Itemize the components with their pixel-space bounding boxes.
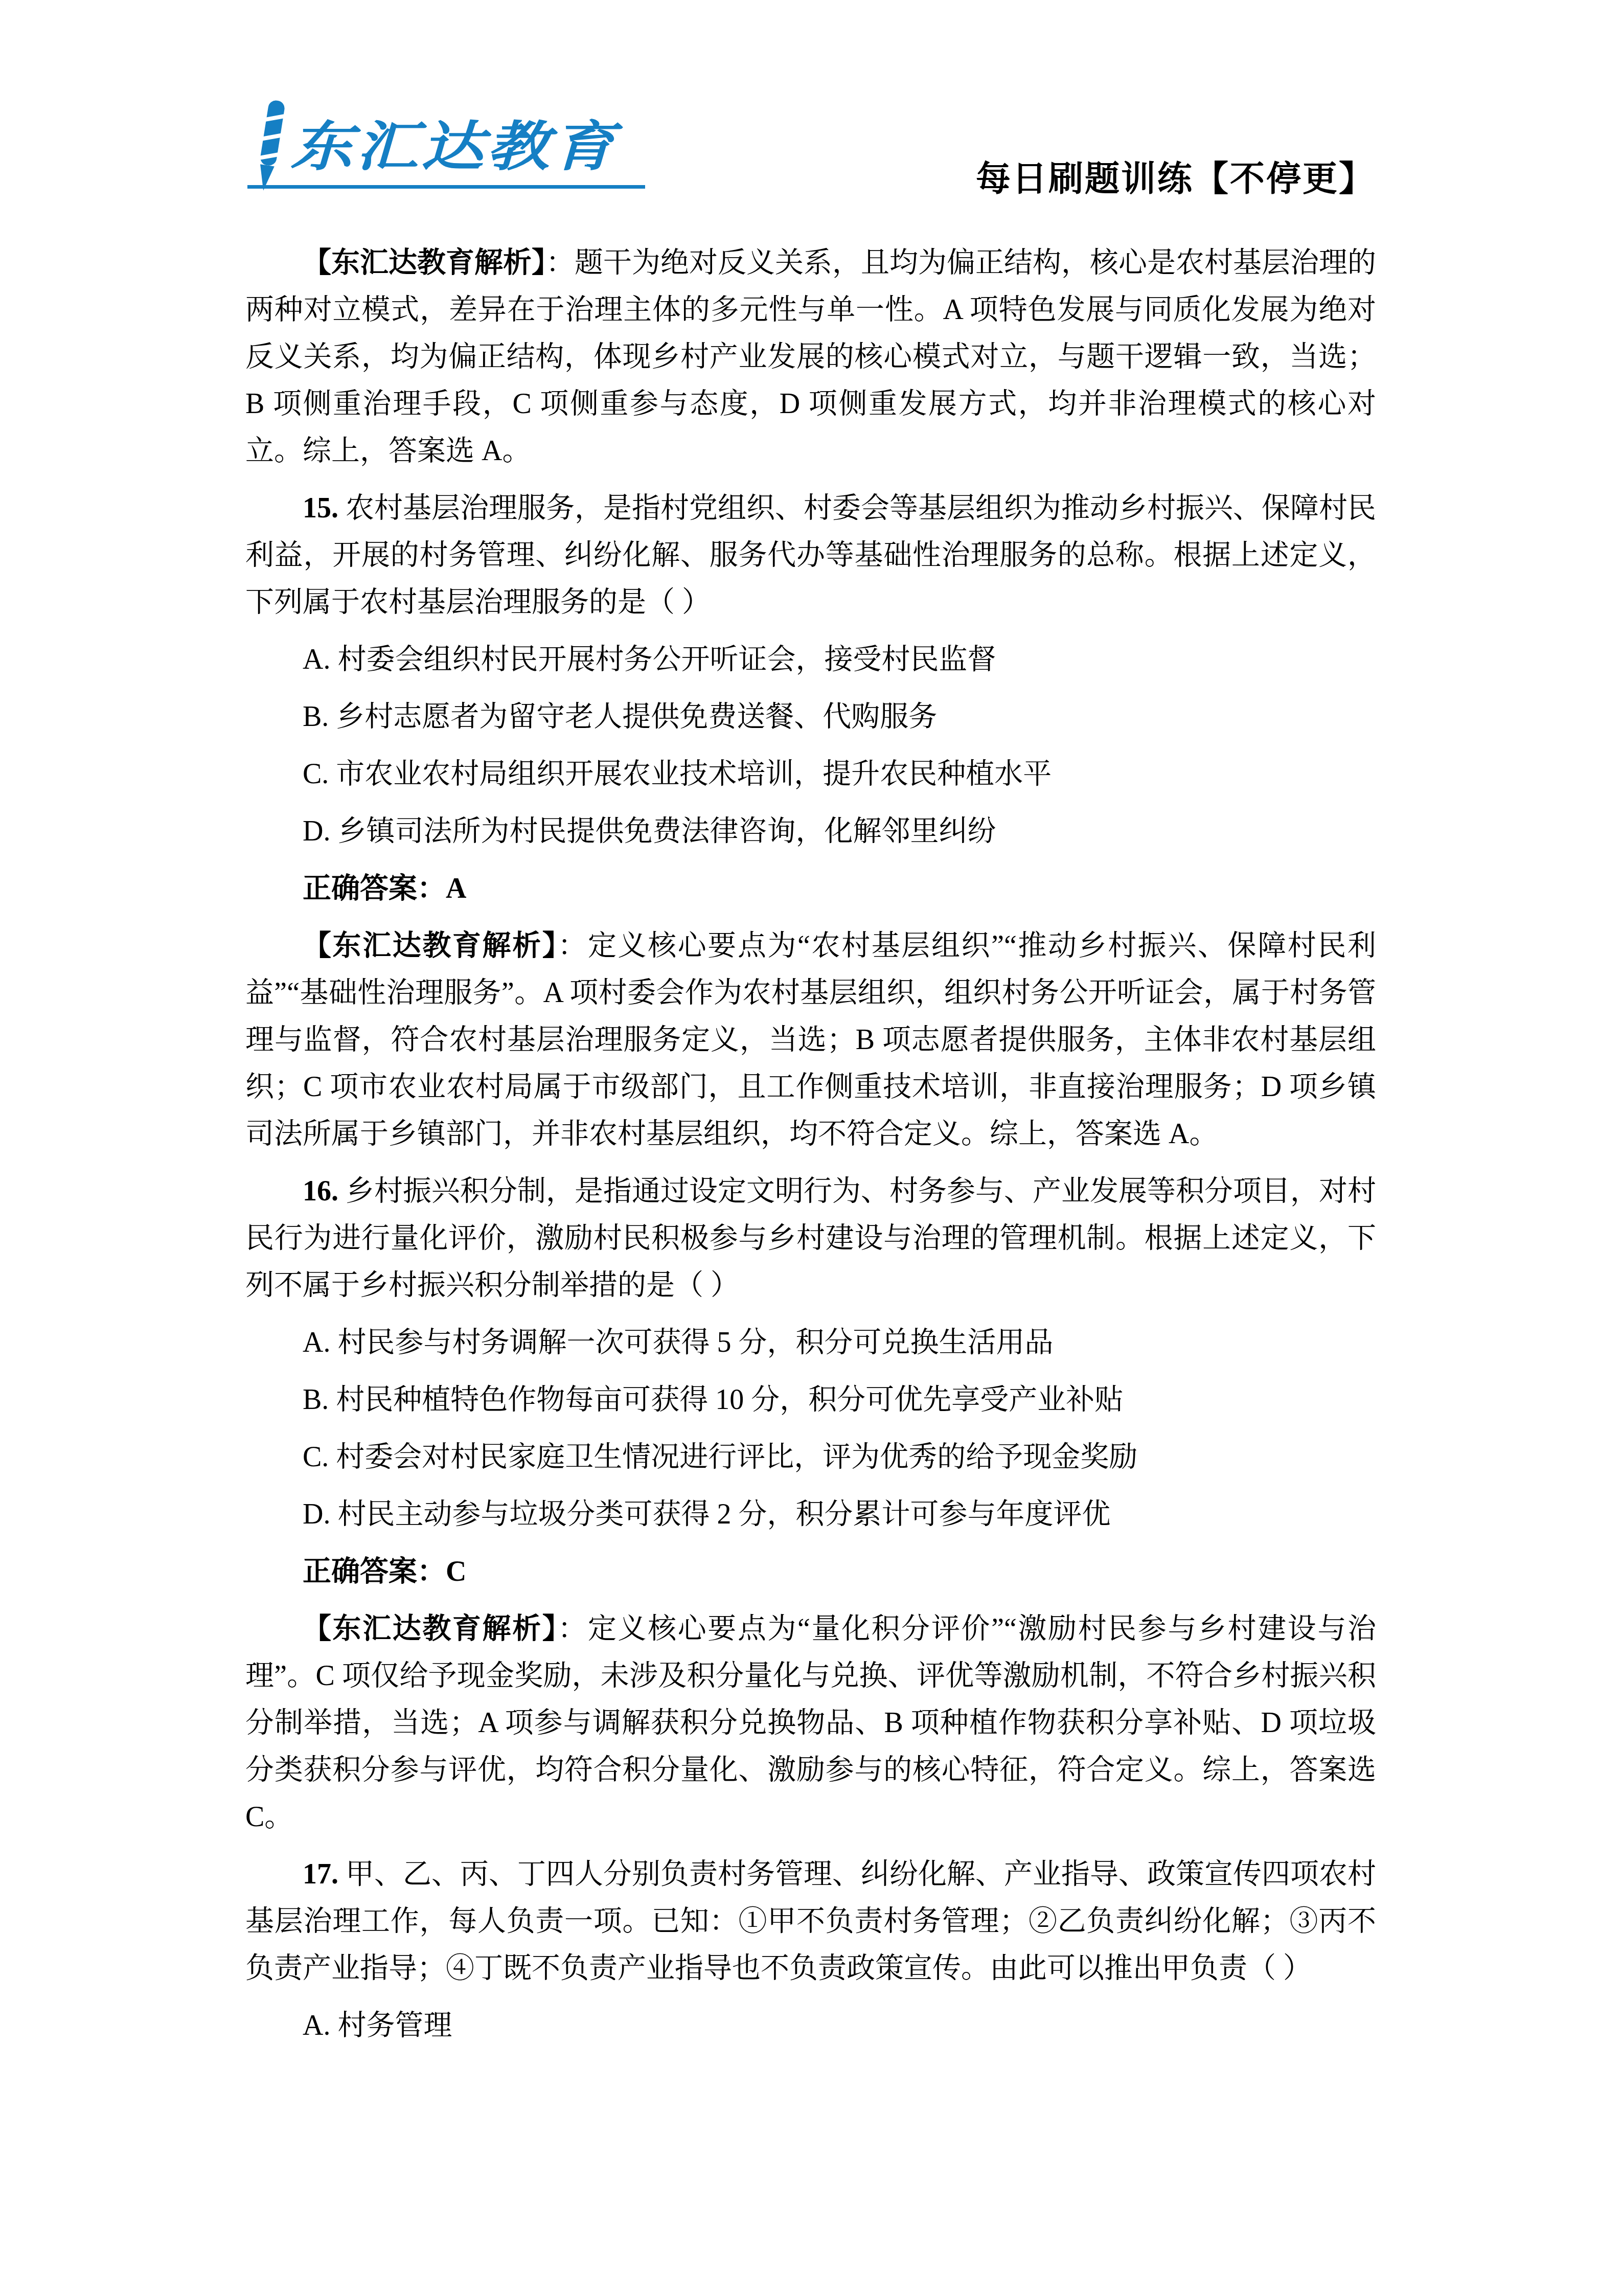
- option-item: A. 村民参与村务调解一次可获得 5 分，积分可兑换生活用品: [245, 1319, 1376, 1366]
- analysis-paragraph: 【东汇达教育解析】：定义核心要点为“量化积分评价”“激励村民参与乡村建设与治理”…: [245, 1605, 1376, 1840]
- analysis-label: 【东汇达教育解析】: [303, 930, 558, 962]
- analysis-label: 【东汇达教育解析】: [303, 1613, 558, 1645]
- analysis-paragraph: 【东汇达教育解析】：题干为绝对反义关系，且均为偏正结构，核心是农村基层治理的两种…: [245, 239, 1376, 474]
- question-stem: 17. 甲、乙、丙、丁四人分别负责村务管理、纠纷化解、产业指导、政策宣传四项农村…: [245, 1851, 1376, 1992]
- question-stem: 16. 乡村振兴积分制，是指通过设定文明行为、村务参与、产业发展等积分项目，对村…: [245, 1168, 1376, 1309]
- question-number: 15.: [303, 492, 338, 524]
- option-item: A. 村委会组织村民开展村务公开听证会，接受村民监督: [245, 636, 1376, 683]
- logo-underline: [247, 185, 645, 189]
- pencil-icon: [245, 97, 296, 197]
- option-item: D. 乡镇司法所为村民提供免费法律咨询，化解邻里纠纷: [245, 808, 1376, 855]
- option-item: B. 乡村志愿者为留守老人提供免费送餐、代购服务: [245, 693, 1376, 740]
- option-item: D. 村民主动参与垃圾分类可获得 2 分，积分累计可参与年度评优: [245, 1491, 1376, 1538]
- document-page: 东汇达教育 每日刷题训练【不停更】 【东汇达教育解析】：题干为绝对反义关系，且均…: [0, 0, 1623, 2296]
- question-number: 16.: [303, 1175, 338, 1207]
- document-content: 【东汇达教育解析】：题干为绝对反义关系，且均为偏正结构，核心是农村基层治理的两种…: [245, 239, 1376, 2059]
- answer-line: 正确答案：A: [245, 865, 1376, 912]
- page-title: 每日刷题训练【不停更】: [956, 151, 1375, 201]
- brand-name: 东汇达教育: [290, 120, 618, 173]
- answer-line: 正确答案：C: [245, 1548, 1376, 1595]
- option-item: B. 村民种植特色作物每亩可获得 10 分，积分可优先享受产业补贴: [245, 1376, 1376, 1423]
- analysis-paragraph: 【东汇达教育解析】：定义核心要点为“农村基层组织”“推动乡村振兴、保障村民利益”…: [245, 922, 1376, 1157]
- analysis-label: 【东汇达教育解析】: [303, 247, 546, 279]
- brand-logo: 东汇达教育: [245, 97, 654, 197]
- option-item: C. 市农业农村局组织开展农业技术培训，提升农民种植水平: [245, 751, 1376, 798]
- option-item: C. 村委会对村民家庭卫生情况进行评比，评为优秀的给予现金奖励: [245, 1434, 1376, 1481]
- option-item: A. 村务管理: [245, 2002, 1376, 2049]
- question-stem: 15. 农村基层治理服务，是指村党组织、村委会等基层组织为推动乡村振兴、保障村民…: [245, 485, 1376, 626]
- question-number: 17.: [303, 1858, 338, 1890]
